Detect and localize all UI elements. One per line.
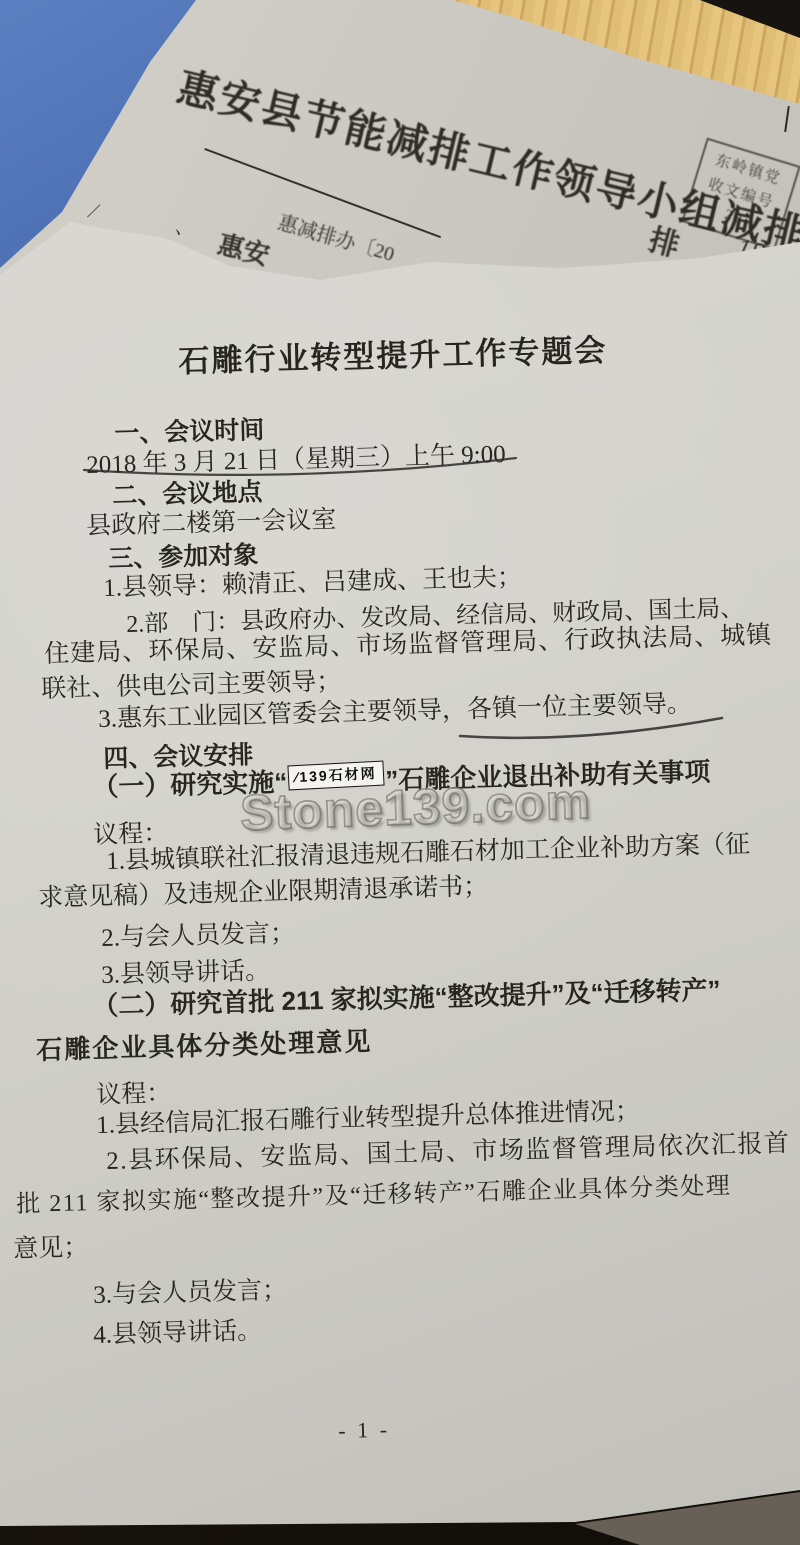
page-title: 石雕行业转型提升工作专题会 (178, 333, 608, 380)
section-3-heading: 三、参加对象 (108, 541, 259, 574)
comma-mark: 、 (173, 210, 199, 243)
agenda-2-point-2b: 批 211 家拟实施“整改提升”及“迁移转产”石雕企业具体分类处理 (16, 1173, 732, 1219)
agenda-1-point-3: 3.县领导讲话。 (101, 958, 270, 991)
agenda-2-point-2c: 意见； (13, 1234, 89, 1265)
paper-edge-mark (784, 106, 790, 132)
page-number: - 1 - (338, 1417, 390, 1444)
agenda-label-2: 议程： (96, 1080, 172, 1111)
agenda-2-point-3: 3.与会人员发言； (93, 1277, 287, 1311)
agenda-1-point-2: 2.与会人员发言； (101, 920, 295, 954)
slash-mark: ∕ (90, 198, 98, 224)
watermark-label: ∕139石材网 (287, 761, 384, 791)
agenda-2-point-4: 4.县领导讲话。 (93, 1318, 262, 1351)
photo-scene: 惠安县节能减排工作领导小组减排工 惠减排办〔20 惠安 、 ∕ 排 东岭镇党 收… (0, 0, 800, 1545)
section-2-heading: 二、会议地点 (112, 478, 263, 511)
attendees-departments-3: 联社、供电公司主要领导； (41, 668, 342, 705)
agenda-1-point-1: 1.县城镇联社汇报清退违规石雕石材加工企业补助方案（征 (106, 831, 750, 877)
meeting-place: 县政府二楼第一会议室 (86, 506, 337, 541)
stamp-line-3: 20 (722, 208, 745, 228)
agenda-item-2b: 石雕企业具体分类处理意见 (36, 1027, 373, 1066)
section-1-heading: 一、会议时间 (114, 416, 265, 449)
agenda-1-point-1b: 求意见稿）及违规企业限期清退承诺书； (38, 873, 489, 914)
agenda-2-point-1: 1.县经信局汇报石雕行业转型提升总体推进情况； (96, 1098, 640, 1141)
watermark-label-text: 139石材网 (299, 765, 377, 785)
